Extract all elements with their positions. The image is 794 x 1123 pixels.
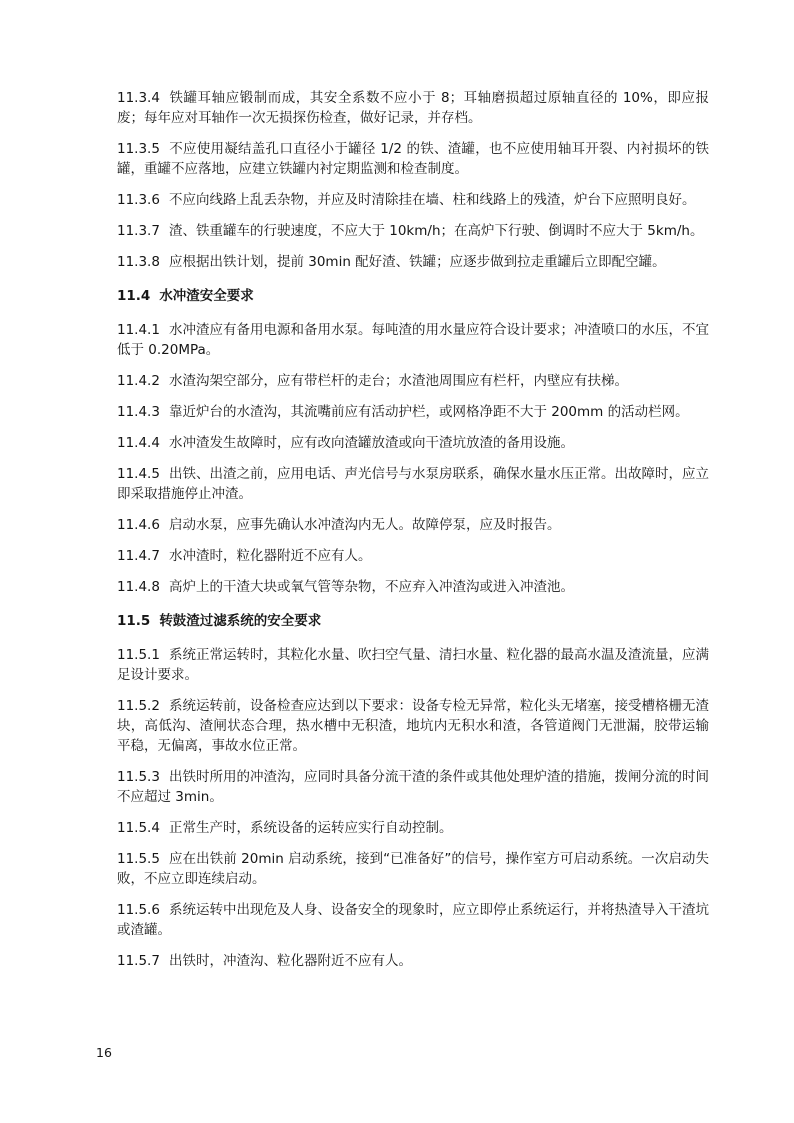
clause-paragraph: 11.3.5不应使用凝结盖孔口直径小于罐径 1/2 的铁、渣罐，也不应使用轴耳开…	[117, 139, 709, 179]
clause-text: 系统运转中出现危及人身、设备安全的现象时，应立即停止系统运行，并将热渣导入干渣坑…	[117, 902, 709, 938]
clause-text: 出铁、出渣之前，应用电话、声光信号与水泵房联系，确保水量水压正常。出故障时，应立…	[117, 466, 709, 502]
clause-paragraph: 11.5.4正常生产时，系统设备的运转应实行自动控制。	[117, 818, 709, 838]
clause-number: 11.5.4	[117, 820, 160, 836]
clause-paragraph: 11.4.5出铁、出渣之前，应用电话、声光信号与水泵房联系，确保水量水压正常。出…	[117, 464, 709, 504]
section-title: 水冲渣安全要求	[159, 288, 254, 304]
clause-text: 系统运转前，设备检查应达到以下要求：设备专检无异常，粒化头无堵塞，接受槽格栅无渣…	[117, 698, 709, 754]
clause-text: 出铁时，冲渣沟、粒化器附近不应有人。	[169, 953, 412, 969]
clause-paragraph: 11.5.5应在出铁前 20min 启动系统，接到“已准备好”的信号，操作室方可…	[117, 849, 709, 889]
section-number: 11.4	[117, 288, 150, 304]
clause-number: 11.5.6	[117, 902, 160, 918]
clause-paragraph: 11.3.4铁罐耳轴应锻制而成，其安全系数不应小于 8；耳轴磨损超过原轴直径的 …	[117, 88, 709, 128]
document-page: 11.3.4铁罐耳轴应锻制而成，其安全系数不应小于 8；耳轴磨损超过原轴直径的 …	[0, 0, 794, 1123]
clause-number: 11.4.4	[117, 435, 160, 451]
clause-number: 11.5.1	[117, 647, 160, 663]
clause-text: 出铁时所用的冲渣沟，应同时具备分流干渣的条件或其他处理炉渣的措施，拨闸分流的时间…	[117, 769, 709, 805]
clause-paragraph: 11.4.8高炉上的干渣大块或氧气管等杂物，不应弃入冲渣沟或进入冲渣池。	[117, 577, 709, 597]
clause-paragraph: 11.3.6不应向线路上乱丢杂物，并应及时清除挂在墙、柱和线路上的残渣，炉台下应…	[117, 190, 709, 210]
clause-paragraph: 11.5.2系统运转前，设备检查应达到以下要求：设备专检无异常，粒化头无堵塞，接…	[117, 696, 709, 756]
clause-text: 水渣沟架空部分，应有带栏杆的走台；水渣池周围应有栏杆，内壁应有扶梯。	[169, 373, 628, 389]
clause-paragraph: 11.3.7渣、铁重罐车的行驶速度，不应大于 10km/h；在高炉下行驶、倒调时…	[117, 221, 709, 241]
clause-number: 11.3.8	[117, 254, 160, 270]
clause-paragraph: 11.4.2水渣沟架空部分，应有带栏杆的走台；水渣池周围应有栏杆，内壁应有扶梯。	[117, 371, 709, 391]
clause-number: 11.3.7	[117, 223, 160, 239]
section-heading: 11.4水冲渣安全要求	[117, 286, 709, 306]
clause-paragraph: 11.5.6系统运转中出现危及人身、设备安全的现象时，应立即停止系统运行，并将热…	[117, 900, 709, 940]
document-content: 11.3.4铁罐耳轴应锻制而成，其安全系数不应小于 8；耳轴磨损超过原轴直径的 …	[117, 88, 709, 982]
clause-number: 11.4.2	[117, 373, 160, 389]
clause-number: 11.4.6	[117, 517, 160, 533]
clause-text: 渣、铁重罐车的行驶速度，不应大于 10km/h；在高炉下行驶、倒调时不应大于 5…	[169, 223, 704, 239]
clause-number: 11.4.1	[117, 322, 160, 338]
clause-number: 11.4.5	[117, 466, 160, 482]
section-heading: 11.5转鼓渣过滤系统的安全要求	[117, 611, 709, 631]
clause-paragraph: 11.4.3靠近炉台的水渣沟，其流嘴前应有活动护栏，或网格净距不大于 200mm…	[117, 402, 709, 422]
clause-paragraph: 11.5.7出铁时，冲渣沟、粒化器附近不应有人。	[117, 951, 709, 971]
clause-number: 11.4.8	[117, 579, 160, 595]
clause-number: 11.3.4	[117, 90, 160, 106]
clause-paragraph: 11.4.4水冲渣发生故障时，应有改向渣罐放渣或向干渣坑放渣的备用设施。	[117, 433, 709, 453]
clause-paragraph: 11.3.8应根据出铁计划，提前 30min 配好渣、铁罐；应逐步做到拉走重罐后…	[117, 252, 709, 272]
clause-paragraph: 11.5.3出铁时所用的冲渣沟，应同时具备分流干渣的条件或其他处理炉渣的措施，拨…	[117, 767, 709, 807]
clause-number: 11.4.3	[117, 404, 160, 420]
clause-text: 水冲渣应有备用电源和备用水泵。每吨渣的用水量应符合设计要求；冲渣喷口的水压，不宜…	[117, 322, 709, 358]
clause-number: 11.3.5	[117, 141, 160, 157]
clause-text: 水冲渣时，粒化器附近不应有人。	[169, 548, 372, 564]
clause-text: 应根据出铁计划，提前 30min 配好渣、铁罐；应逐步做到拉走重罐后立即配空罐。	[169, 254, 666, 270]
clause-text: 高炉上的干渣大块或氧气管等杂物，不应弃入冲渣沟或进入冲渣池。	[169, 579, 574, 595]
clause-number: 11.5.2	[117, 698, 160, 714]
clause-number: 11.4.7	[117, 548, 160, 564]
clause-text: 正常生产时，系统设备的运转应实行自动控制。	[169, 820, 453, 836]
clause-paragraph: 11.4.1水冲渣应有备用电源和备用水泵。每吨渣的用水量应符合设计要求；冲渣喷口…	[117, 320, 709, 360]
clause-text: 系统正常运转时，其粒化水量、吹扫空气量、清扫水量、粒化器的最高水温及渣流量，应满…	[117, 647, 709, 683]
clause-text: 不应向线路上乱丢杂物，并应及时清除挂在墙、柱和线路上的残渣，炉台下应照明良好。	[169, 192, 696, 208]
clause-number: 11.5.3	[117, 769, 160, 785]
clause-text: 水冲渣发生故障时，应有改向渣罐放渣或向干渣坑放渣的备用设施。	[169, 435, 574, 451]
clause-number: 11.5.5	[117, 851, 160, 867]
clause-text: 启动水泵，应事先确认水冲渣沟内无人。故障停泵，应及时报告。	[169, 517, 561, 533]
clause-text: 铁罐耳轴应锻制而成，其安全系数不应小于 8；耳轴磨损超过原轴直径的 10%，即应…	[117, 90, 709, 126]
page-number: 16	[96, 1045, 112, 1060]
clause-number: 11.3.6	[117, 192, 160, 208]
section-number: 11.5	[117, 613, 150, 629]
clause-paragraph: 11.5.1系统正常运转时，其粒化水量、吹扫空气量、清扫水量、粒化器的最高水温及…	[117, 645, 709, 685]
clause-text: 应在出铁前 20min 启动系统，接到“已准备好”的信号，操作室方可启动系统。一…	[117, 851, 709, 887]
clause-number: 11.5.7	[117, 953, 160, 969]
clause-paragraph: 11.4.6启动水泵，应事先确认水冲渣沟内无人。故障停泵，应及时报告。	[117, 515, 709, 535]
clause-text: 不应使用凝结盖孔口直径小于罐径 1/2 的铁、渣罐，也不应使用轴耳开裂、内衬损坏…	[117, 141, 709, 177]
clause-text: 靠近炉台的水渣沟，其流嘴前应有活动护栏，或网格净距不大于 200mm 的活动栏网…	[169, 404, 689, 420]
section-title: 转鼓渣过滤系统的安全要求	[159, 613, 321, 629]
clause-paragraph: 11.4.7水冲渣时，粒化器附近不应有人。	[117, 546, 709, 566]
